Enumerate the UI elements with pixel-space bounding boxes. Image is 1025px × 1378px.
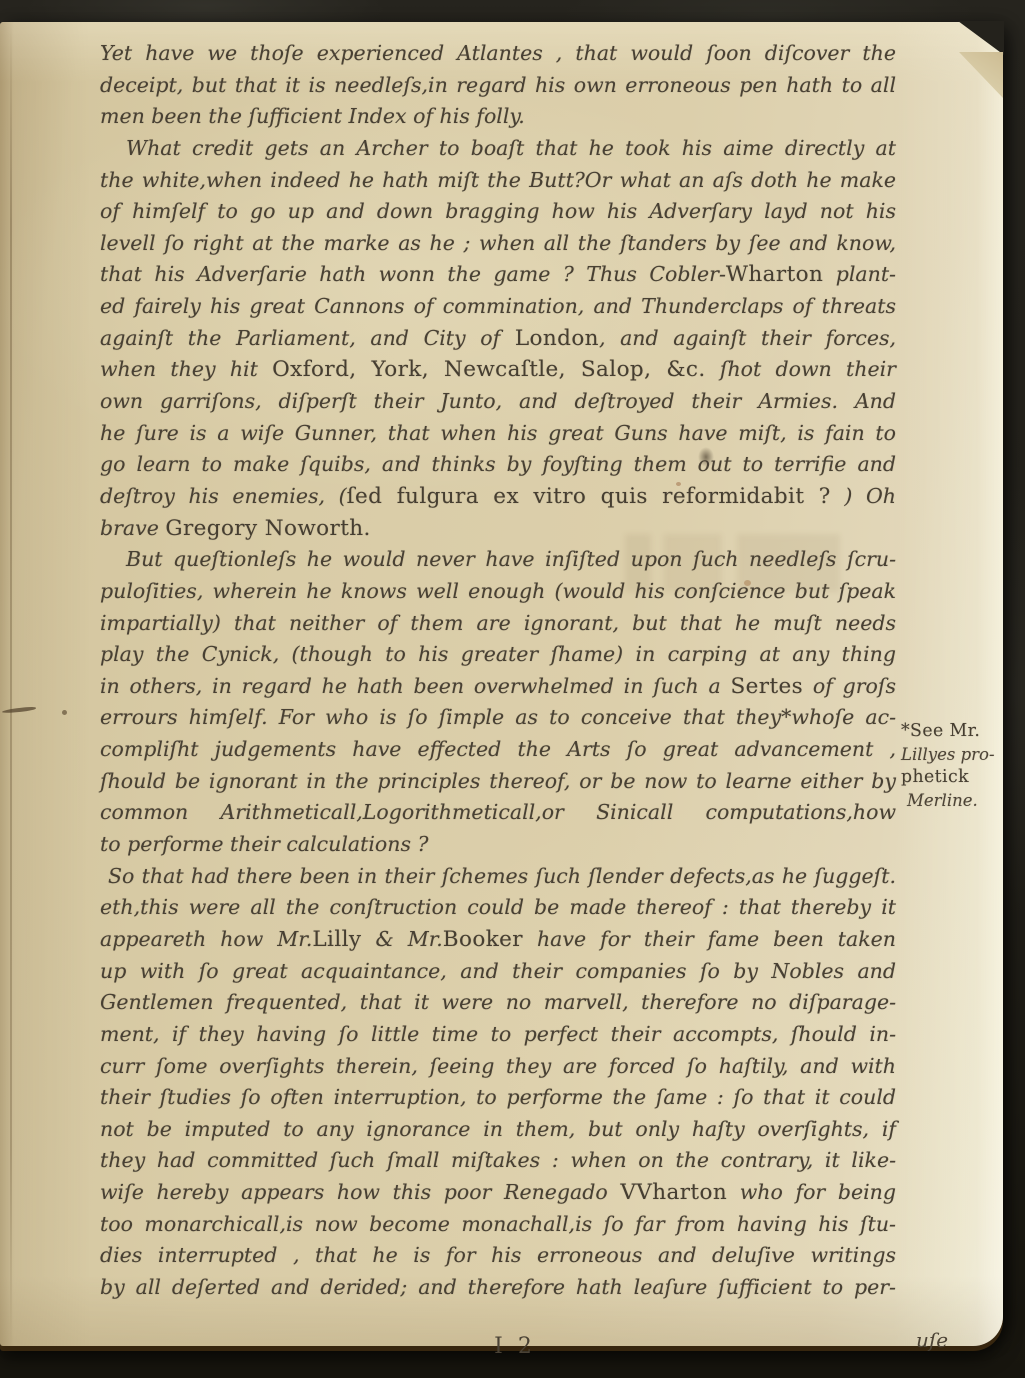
- text-line: too monarchicall,is now become monachall…: [100, 1209, 896, 1241]
- italic-text-segment: curr ſome overſights therein, ſeeing the…: [100, 1054, 896, 1078]
- text-line: they had committed ſuch ſmall miſtakes :…: [100, 1145, 896, 1177]
- italic-text-segment: deceipt, but that it is needleſs,in rega…: [100, 73, 896, 97]
- text-line: curr ſome overſights therein, ſeeing the…: [100, 1051, 896, 1083]
- text-line: own garriſons, diſperſt their Junto, and…: [100, 386, 896, 418]
- text-line: deſtroy his enemies, (ſed fulgura ex vit…: [100, 481, 896, 513]
- margin-note: *See Mr.Lillyes pro-phetickMerline.: [901, 720, 1007, 812]
- text-line: common Arithmeticall,Logorithmeticall,or…: [100, 797, 896, 829]
- italic-text-segment: plant-: [823, 262, 896, 286]
- text-line: ed fairely his great Cannons of comminat…: [100, 291, 896, 323]
- paragraph: What credit gets an Archer to boaſt that…: [100, 133, 896, 544]
- italic-text-segment: ſhould be ignorant in the principles the…: [100, 769, 896, 793]
- italic-text-segment: What credit gets an Archer to boaſt that…: [126, 136, 896, 160]
- roman-text-segment: Booker: [443, 927, 523, 952]
- italic-text-segment: he ſure is a wiſe Gunner, that when his …: [100, 421, 896, 445]
- text-line: ment, if they having ſo little time to p…: [100, 1019, 896, 1051]
- italic-text-segment: by all deſerted and derided; and therefo…: [100, 1275, 896, 1299]
- paragraph: Yet have we thoſe experienced Atlantes ,…: [100, 38, 896, 133]
- italic-text-segment: deſtroy his enemies, (: [100, 484, 347, 508]
- text-line: of himſelf to go up and down bragging ho…: [100, 196, 896, 228]
- roman-text-segment: Oxford, York, Newcaſtle, Salop, &c.: [272, 357, 705, 382]
- italic-text-segment: to performe their calculations ?: [100, 832, 429, 856]
- italic-text-segment: Yet have we thoſe experienced Atlantes ,…: [100, 41, 896, 65]
- italic-text-segment: own garriſons, diſperſt their Junto, and…: [100, 389, 896, 413]
- dog-ear-corner: [959, 52, 1003, 98]
- italic-text-segment: who for being: [727, 1180, 896, 1204]
- italic-text-segment: eth,this were all the conſtruction could…: [100, 895, 896, 919]
- italic-text-segment: have for their fame been taken: [523, 927, 896, 951]
- catchword: uſe: [916, 1328, 948, 1352]
- italic-text-segment: & Mr.: [361, 927, 442, 951]
- italic-text-segment: men been the ſufficient Index of his fol…: [100, 104, 525, 128]
- paragraph: So that had there been in their ſchemes …: [100, 861, 896, 1304]
- margin-note-line: phetick: [901, 766, 1007, 789]
- text-line: up with ſo great acquaintance, and their…: [100, 956, 896, 988]
- roman-text-segment: London: [515, 326, 599, 351]
- margin-note-line: *See Mr.: [901, 720, 1007, 743]
- italic-text-segment: dies interrupted , that he is for his er…: [100, 1243, 896, 1267]
- text-line: go learn to make ſquibs, and thinks by f…: [100, 449, 896, 481]
- italic-text-segment: errours himſelf. For who is ſo ſimple as…: [100, 705, 896, 729]
- italic-text-segment: play the Cynick, (though to his greater …: [100, 642, 896, 666]
- text-line: he ſure is a wiſe Gunner, that when his …: [100, 418, 896, 450]
- italic-text-segment: when they hit: [100, 357, 272, 381]
- margin-note-line: Merline.: [901, 789, 1007, 812]
- text-line: But queſtionleſs he would never have inſ…: [100, 544, 896, 576]
- gutter-crease: [10, 22, 12, 1346]
- text-line: levell ſo right at the marke as he ; whe…: [100, 228, 896, 260]
- text-line: eth,this were all the conſtruction could…: [100, 892, 896, 924]
- italic-text-segment: common Arithmeticall,Logorithmeticall,or…: [100, 800, 896, 824]
- italic-text-segment: , and againſt their forces,: [599, 326, 896, 350]
- italic-text-segment: levell ſo right at the marke as he ; whe…: [100, 231, 896, 255]
- italic-text-segment: the white,when indeed he hath miſt the B…: [100, 168, 896, 192]
- signature-mark: I 2: [460, 1334, 570, 1359]
- text-line: impartially) that neither of them are ig…: [100, 608, 896, 640]
- text-line: puloſities, wherein he knows well enough…: [100, 576, 896, 608]
- italic-text-segment: ) Oh: [831, 484, 896, 508]
- text-line: ſhould be ignorant in the principles the…: [100, 766, 896, 798]
- roman-text-segment: Gregory Noworth.: [165, 516, 370, 541]
- paper-speck: [62, 710, 67, 715]
- italic-text-segment: impartially) that neither of them are ig…: [100, 611, 896, 635]
- italic-text-segment: ment, if they having ſo little time to p…: [100, 1022, 896, 1046]
- text-line: men been the ſufficient Index of his fol…: [100, 101, 896, 133]
- italic-text-segment: up with ſo great acquaintance, and their…: [100, 959, 896, 983]
- text-line: deceipt, but that it is needleſs,in rega…: [100, 70, 896, 102]
- crease-mark: [2, 706, 36, 714]
- italic-text-segment: too monarchicall,is now become monachall…: [100, 1212, 896, 1236]
- italic-text-segment: againſt the Parliament, and City of: [100, 326, 515, 350]
- italic-text-segment: brave: [100, 516, 165, 540]
- italic-text-segment: wiſe hereby appears how this poor Renega…: [100, 1180, 620, 1204]
- italic-text-segment: appeareth how Mr.: [100, 927, 312, 951]
- text-line: that his Adverſarie hath wonn the game ?…: [100, 259, 896, 291]
- text-line: wiſe hereby appears how this poor Renega…: [100, 1177, 896, 1209]
- italic-text-segment: they had committed ſuch ſmall miſtakes :…: [100, 1148, 896, 1172]
- text-line: What credit gets an Archer to boaſt that…: [100, 133, 896, 165]
- roman-text-segment: ſed fulgura ex vitro quis reformidabit ?: [347, 484, 831, 509]
- text-line: in others, in regard he hath been overwh…: [100, 671, 896, 703]
- italic-text-segment: go learn to make ſquibs, and thinks by f…: [100, 452, 896, 476]
- page-paper: Yet have we thoſe experienced Atlantes ,…: [0, 22, 1003, 1346]
- italic-text-segment: ſhot down their: [706, 357, 896, 381]
- roman-text-segment: VVharton: [620, 1180, 727, 1205]
- text-line: againſt the Parliament, and City of Lond…: [100, 323, 896, 355]
- italic-text-segment: in others, in regard he hath been overwh…: [100, 674, 731, 698]
- text-line: not be imputed to any ignorance in them,…: [100, 1114, 896, 1146]
- italic-text-segment: their ſtudies ſo often interruption, to …: [100, 1085, 896, 1109]
- text-line: to performe their calculations ?: [100, 829, 896, 861]
- text-line: the white,when indeed he hath miſt the B…: [100, 165, 896, 197]
- italic-text-segment: compliſht judgements have effected the A…: [100, 737, 896, 761]
- italic-text-segment: So that had there been in their ſchemes …: [108, 864, 896, 888]
- text-line: So that had there been in their ſchemes …: [100, 861, 896, 893]
- text-line: brave Gregory Noworth.: [100, 513, 896, 545]
- roman-text-segment: Lilly: [312, 927, 361, 952]
- roman-text-segment: Wharton: [726, 262, 823, 287]
- italic-text-segment: not be imputed to any ignorance in them,…: [100, 1117, 896, 1141]
- text-block: Yet have we thoſe experienced Atlantes ,…: [100, 38, 896, 1304]
- corner-cut: [958, 21, 1004, 55]
- text-line: Gentlemen frequented, that it were no ma…: [100, 987, 896, 1019]
- italic-text-segment: of himſelf to go up and down bragging ho…: [100, 199, 896, 223]
- italic-text-segment: ed fairely his great Cannons of comminat…: [100, 294, 896, 318]
- margin-note-line: Lillyes pro-: [901, 743, 1007, 766]
- text-line: errours himſelf. For who is ſo ſimple as…: [100, 702, 896, 734]
- paragraph: But queſtionleſs he would never have inſ…: [100, 544, 896, 860]
- text-line: by all deſerted and derided; and therefo…: [100, 1272, 896, 1304]
- text-line: Yet have we thoſe experienced Atlantes ,…: [100, 38, 896, 70]
- roman-text-segment: Sertes: [731, 674, 804, 699]
- text-line: when they hit Oxford, York, Newcaſtle, S…: [100, 354, 896, 386]
- italic-text-segment: Gentlemen frequented, that it were no ma…: [100, 990, 896, 1014]
- italic-text-segment: puloſities, wherein he knows well enough…: [100, 579, 896, 603]
- text-line: dies interrupted , that he is for his er…: [100, 1240, 896, 1272]
- text-line: play the Cynick, (though to his greater …: [100, 639, 896, 671]
- italic-text-segment: of groſs: [803, 674, 896, 698]
- italic-text-segment: But queſtionleſs he would never have inſ…: [126, 547, 896, 571]
- text-line: compliſht judgements have effected the A…: [100, 734, 896, 766]
- italic-text-segment: that his Adverſarie hath wonn the game ?…: [100, 262, 726, 286]
- text-line: their ſtudies ſo often interruption, to …: [100, 1082, 896, 1114]
- text-line: appeareth how Mr.Lilly & Mr.Booker have …: [100, 924, 896, 956]
